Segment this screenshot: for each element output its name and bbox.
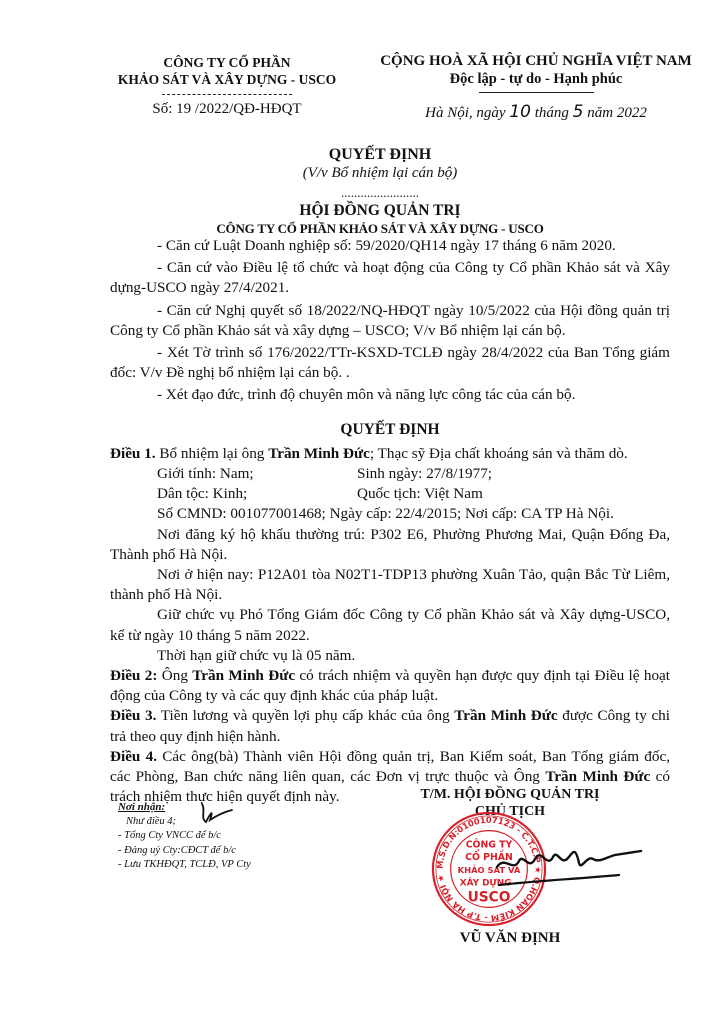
national-header: CỘNG HOÀ XÃ HỘI CHỦ NGHĨA VIỆT NAM Độc l… (366, 52, 706, 122)
dotted-separator: ........................ (120, 184, 640, 202)
article-text: Tiền lương và quyền lợi phụ cấp khác của… (156, 707, 454, 724)
appointee-name: Trần Minh Đức (545, 768, 650, 785)
issue-date: Hà Nội, ngày 10 tháng 5 năm 2022 (366, 103, 706, 122)
signer-on-behalf: T/M. HỘI ĐỒNG QUẢN TRỊ (400, 786, 620, 803)
article-label: Điều 3. (110, 707, 156, 724)
article-text: Bổ nhiệm lại ông (156, 445, 269, 462)
board-title: HỘI ĐỒNG QUẢN TRỊ (120, 202, 640, 220)
basis-item: - Xét Tờ trình số 176/2022/TTr-KSXD-TCLĐ… (110, 343, 670, 383)
article-text: ; Thạc sỹ Địa chất khoáng sản và thăm dò… (370, 445, 628, 462)
date-month-label: tháng (531, 105, 573, 121)
basis-item: - Xét đạo đức, trình độ chuyên môn và nă… (110, 385, 670, 405)
appointee-name: Trần Minh Đức (454, 707, 557, 724)
appointee-name: Trần Minh Đức (268, 445, 370, 462)
handwritten-signature-icon (495, 835, 645, 895)
current-address: Nơi ở hiện nay: P12A01 tòa N02T1-TDP13 p… (110, 565, 670, 605)
date-prefix: Hà Nội, ngày (425, 105, 509, 121)
signer-name: VŨ VĂN ĐỊNH (400, 930, 620, 947)
date-year: năm 2022 (583, 105, 646, 121)
gender: Giới tính: Nam; (157, 464, 357, 484)
recipient-item: - Tổng Cty VNCC để b/c (118, 829, 318, 844)
article-1: Điều 1. Bổ nhiệm lại ông Trần Minh Đức; … (110, 444, 670, 464)
article-label: Điều 4. (110, 748, 157, 765)
date-day: 10 (509, 102, 531, 122)
term: Thời hạn giữ chức vụ là 05 năm. (110, 646, 670, 666)
divider (162, 94, 292, 95)
date-of-birth: Sinh ngày: 27/8/1977; (357, 464, 492, 484)
info-row: Giới tính: Nam;Sinh ngày: 27/8/1977; (110, 464, 670, 484)
date-month: 5 (573, 102, 584, 122)
article-text: Ông (157, 667, 192, 684)
recipient-item: - Lưu TKHĐQT, TCLĐ, VP Cty (118, 858, 318, 873)
document-title-block: QUYẾT ĐỊNH (V/v Bổ nhiệm lại cán bộ) ...… (120, 146, 640, 238)
recipient-item: - Đảng uỷ Cty:CĐCT để b/c (118, 844, 318, 859)
position: Giữ chức vụ Phó Tổng Giám đốc Công ty Cổ… (110, 605, 670, 645)
basis-item: - Căn cứ Nghị quyết số 18/2022/NQ-HĐQT n… (110, 301, 670, 341)
document-subject: (V/v Bổ nhiệm lại cán bộ) (120, 164, 640, 182)
document-number: Số: 19 /2022/QĐ-HĐQT (82, 101, 372, 118)
basis-item: - Căn cứ Luật Doanh nghiệp số: 59/2020/Q… (110, 236, 670, 256)
ethnicity: Dân tộc: Kinh; (157, 484, 357, 504)
document-title: QUYẾT ĐỊNH (120, 146, 640, 164)
article-label: Điều 1. (110, 445, 156, 462)
divider (479, 92, 594, 93)
decision-heading: QUYẾT ĐỊNH (110, 420, 670, 440)
issuer-block: CÔNG TY CỔ PHẦN KHẢO SÁT VÀ XÂY DỰNG - U… (82, 54, 372, 118)
article-2: Điều 2: Ông Trần Minh Đức có trách nhiệm… (110, 666, 670, 706)
document-body: - Căn cứ Luật Doanh nghiệp số: 59/2020/Q… (110, 236, 670, 807)
article-label: Điều 2: (110, 667, 157, 684)
company-name-line2: KHẢO SÁT VÀ XÂY DỰNG - USCO (82, 71, 372, 88)
permanent-address: Nơi đăng ký hộ khẩu thường trú: P302 E6,… (110, 525, 670, 565)
company-name-line1: CÔNG TY CỔ PHẦN (82, 54, 372, 71)
nation-title: CỘNG HOÀ XÃ HỘI CHỦ NGHĨA VIỆT NAM (366, 52, 706, 70)
id-card-info: Số CMND: 001077001468; Ngày cấp: 22/4/20… (110, 504, 670, 524)
appointee-name: Trần Minh Đức (192, 667, 295, 684)
basis-item: - Căn cứ vào Điều lệ tổ chức và hoạt độn… (110, 258, 670, 298)
initial-mark-icon (196, 800, 236, 828)
article-3: Điều 3. Tiền lương và quyền lợi phụ cấp … (110, 706, 670, 746)
motto: Độc lập - tự do - Hạnh phúc (366, 70, 706, 88)
nationality: Quốc tịch: Việt Nam (357, 484, 483, 504)
info-row: Dân tộc: Kinh;Quốc tịch: Việt Nam (110, 484, 670, 504)
